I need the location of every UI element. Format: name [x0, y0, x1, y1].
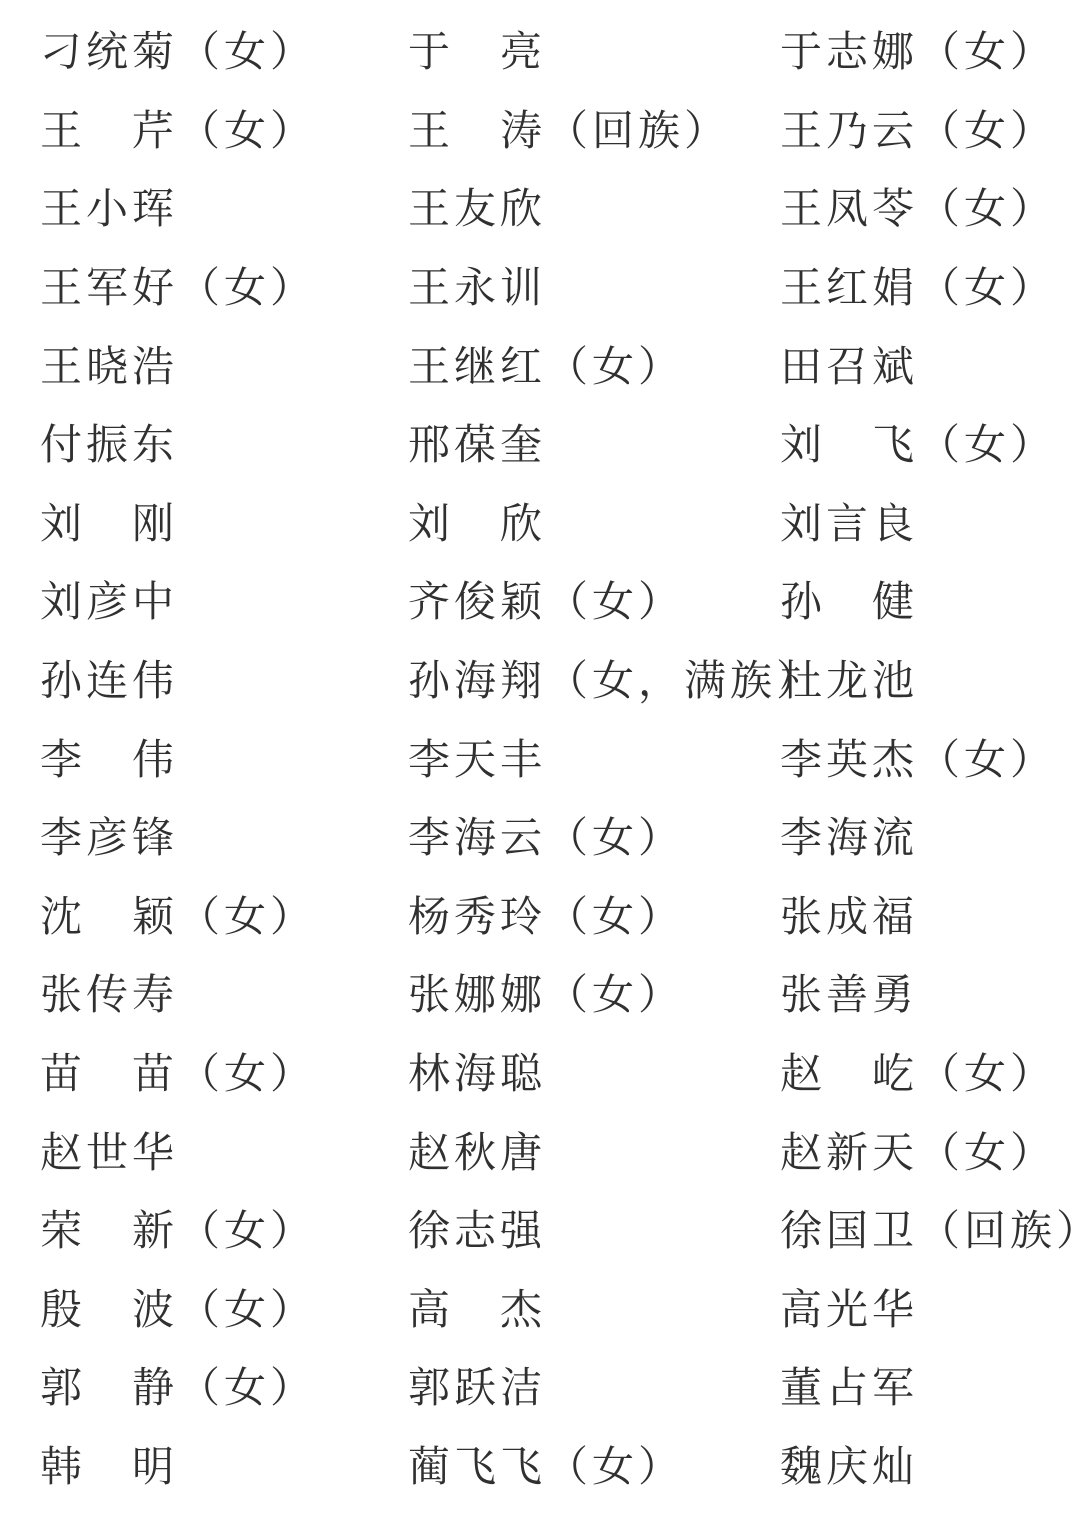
person-name: 李海云（女）: [408, 818, 780, 860]
name-row: 王军好（女） 王永训 王红娟（女）: [40, 250, 1080, 329]
person-name: 沈 颖（女）: [40, 897, 408, 939]
person-name: 于志娜（女）: [780, 32, 1080, 74]
person-name: 孙 健: [780, 582, 1080, 624]
person-name: 王 芹（女）: [40, 111, 408, 153]
person-name: 殷 波（女）: [40, 1290, 408, 1332]
person-name: 赵 屹（女）: [780, 1054, 1080, 1096]
person-name: 李英杰（女）: [780, 740, 1080, 782]
person-name: 荣 新（女）: [40, 1211, 408, 1253]
person-name: 蔺飞飞（女）: [408, 1447, 780, 1489]
person-name: 张传寿: [40, 975, 408, 1017]
name-row: 张传寿 张娜娜（女） 张善勇: [40, 957, 1080, 1036]
name-row: 沈 颖（女） 杨秀玲（女） 张成福: [40, 879, 1080, 958]
name-row: 韩 明 蔺飞飞（女） 魏庆灿: [40, 1429, 1080, 1508]
person-name: 杜龙池: [780, 661, 1080, 703]
person-name: 徐国卫（回族）: [780, 1211, 1080, 1253]
person-name: 王友欣: [408, 189, 780, 231]
name-row: 刘 刚 刘 欣 刘言良: [40, 486, 1080, 565]
person-name: 王军好（女）: [40, 268, 408, 310]
person-name: 邢葆奎: [408, 425, 780, 467]
person-name: 郭跃洁: [408, 1368, 780, 1410]
name-row: 李 伟 李天丰 李英杰（女）: [40, 721, 1080, 800]
person-name: 刘言良: [780, 504, 1080, 546]
person-name: 魏庆灿: [780, 1447, 1080, 1489]
person-name: 赵秋唐: [408, 1133, 780, 1175]
person-name: 王乃云（女）: [780, 111, 1080, 153]
person-name: 刁统菊（女）: [40, 32, 408, 74]
person-name: 赵新天（女）: [780, 1133, 1080, 1175]
person-name: 王晓浩: [40, 347, 408, 389]
person-name: 孙连伟: [40, 661, 408, 703]
person-name: 田召斌: [780, 347, 1080, 389]
person-name: 刘彦中: [40, 582, 408, 624]
name-row: 王 芹（女） 王 涛（回族） 王乃云（女）: [40, 93, 1080, 172]
person-name: 张娜娜（女）: [408, 975, 780, 1017]
person-name: 王红娟（女）: [780, 268, 1080, 310]
person-name: 刘 刚: [40, 504, 408, 546]
person-name: 董占军: [780, 1368, 1080, 1410]
person-name: 王继红（女）: [408, 347, 780, 389]
person-name: 郭 静（女）: [40, 1368, 408, 1410]
person-name: 王 涛（回族）: [408, 111, 780, 153]
person-name: 孙海翔（女，满族）: [408, 661, 780, 703]
name-row: 王小珲 王友欣 王凤苓（女）: [40, 171, 1080, 250]
name-row: 赵世华 赵秋唐 赵新天（女）: [40, 1114, 1080, 1193]
name-row: 刘彦中 齐俊颖（女） 孙 健: [40, 564, 1080, 643]
person-name: 徐志强: [408, 1211, 780, 1253]
person-name: 齐俊颖（女）: [408, 582, 780, 624]
name-row: 孙连伟 孙海翔（女，满族） 杜龙池: [40, 643, 1080, 722]
name-row: 付振东 邢葆奎 刘 飞（女）: [40, 407, 1080, 486]
person-name: 高 杰: [408, 1290, 780, 1332]
person-name: 李天丰: [408, 740, 780, 782]
name-row: 王晓浩 王继红（女） 田召斌: [40, 328, 1080, 407]
person-name: 李海流: [780, 818, 1080, 860]
name-row: 刁统菊（女） 于 亮 于志娜（女）: [40, 14, 1080, 93]
person-name: 张善勇: [780, 975, 1080, 1017]
person-name: 张成福: [780, 897, 1080, 939]
person-name: 李 伟: [40, 740, 408, 782]
person-name: 高光华: [780, 1290, 1080, 1332]
name-row: 殷 波（女） 高 杰 高光华: [40, 1272, 1080, 1351]
person-name: 刘 欣: [408, 504, 780, 546]
person-name: 于 亮: [408, 32, 780, 74]
person-name: 赵世华: [40, 1133, 408, 1175]
person-name: 王凤苓（女）: [780, 189, 1080, 231]
name-row: 郭 静（女） 郭跃洁 董占军: [40, 1350, 1080, 1429]
name-list-document-page: 刁统菊（女） 于 亮 于志娜（女） 王 芹（女） 王 涛（回族） 王乃云（女） …: [0, 0, 1080, 1515]
person-name: 王永训: [408, 268, 780, 310]
person-name: 李彦锋: [40, 818, 408, 860]
person-name: 韩 明: [40, 1447, 408, 1489]
person-name: 刘 飞（女）: [780, 425, 1080, 467]
person-name: 苗 苗（女）: [40, 1054, 408, 1096]
person-name: 杨秀玲（女）: [408, 897, 780, 939]
person-name: 付振东: [40, 425, 408, 467]
person-name: 林海聪: [408, 1054, 780, 1096]
name-row: 荣 新（女） 徐志强 徐国卫（回族）: [40, 1193, 1080, 1272]
person-name: 王小珲: [40, 189, 408, 231]
name-row: 苗 苗（女） 林海聪 赵 屹（女）: [40, 1036, 1080, 1115]
name-row: 李彦锋 李海云（女） 李海流: [40, 800, 1080, 879]
